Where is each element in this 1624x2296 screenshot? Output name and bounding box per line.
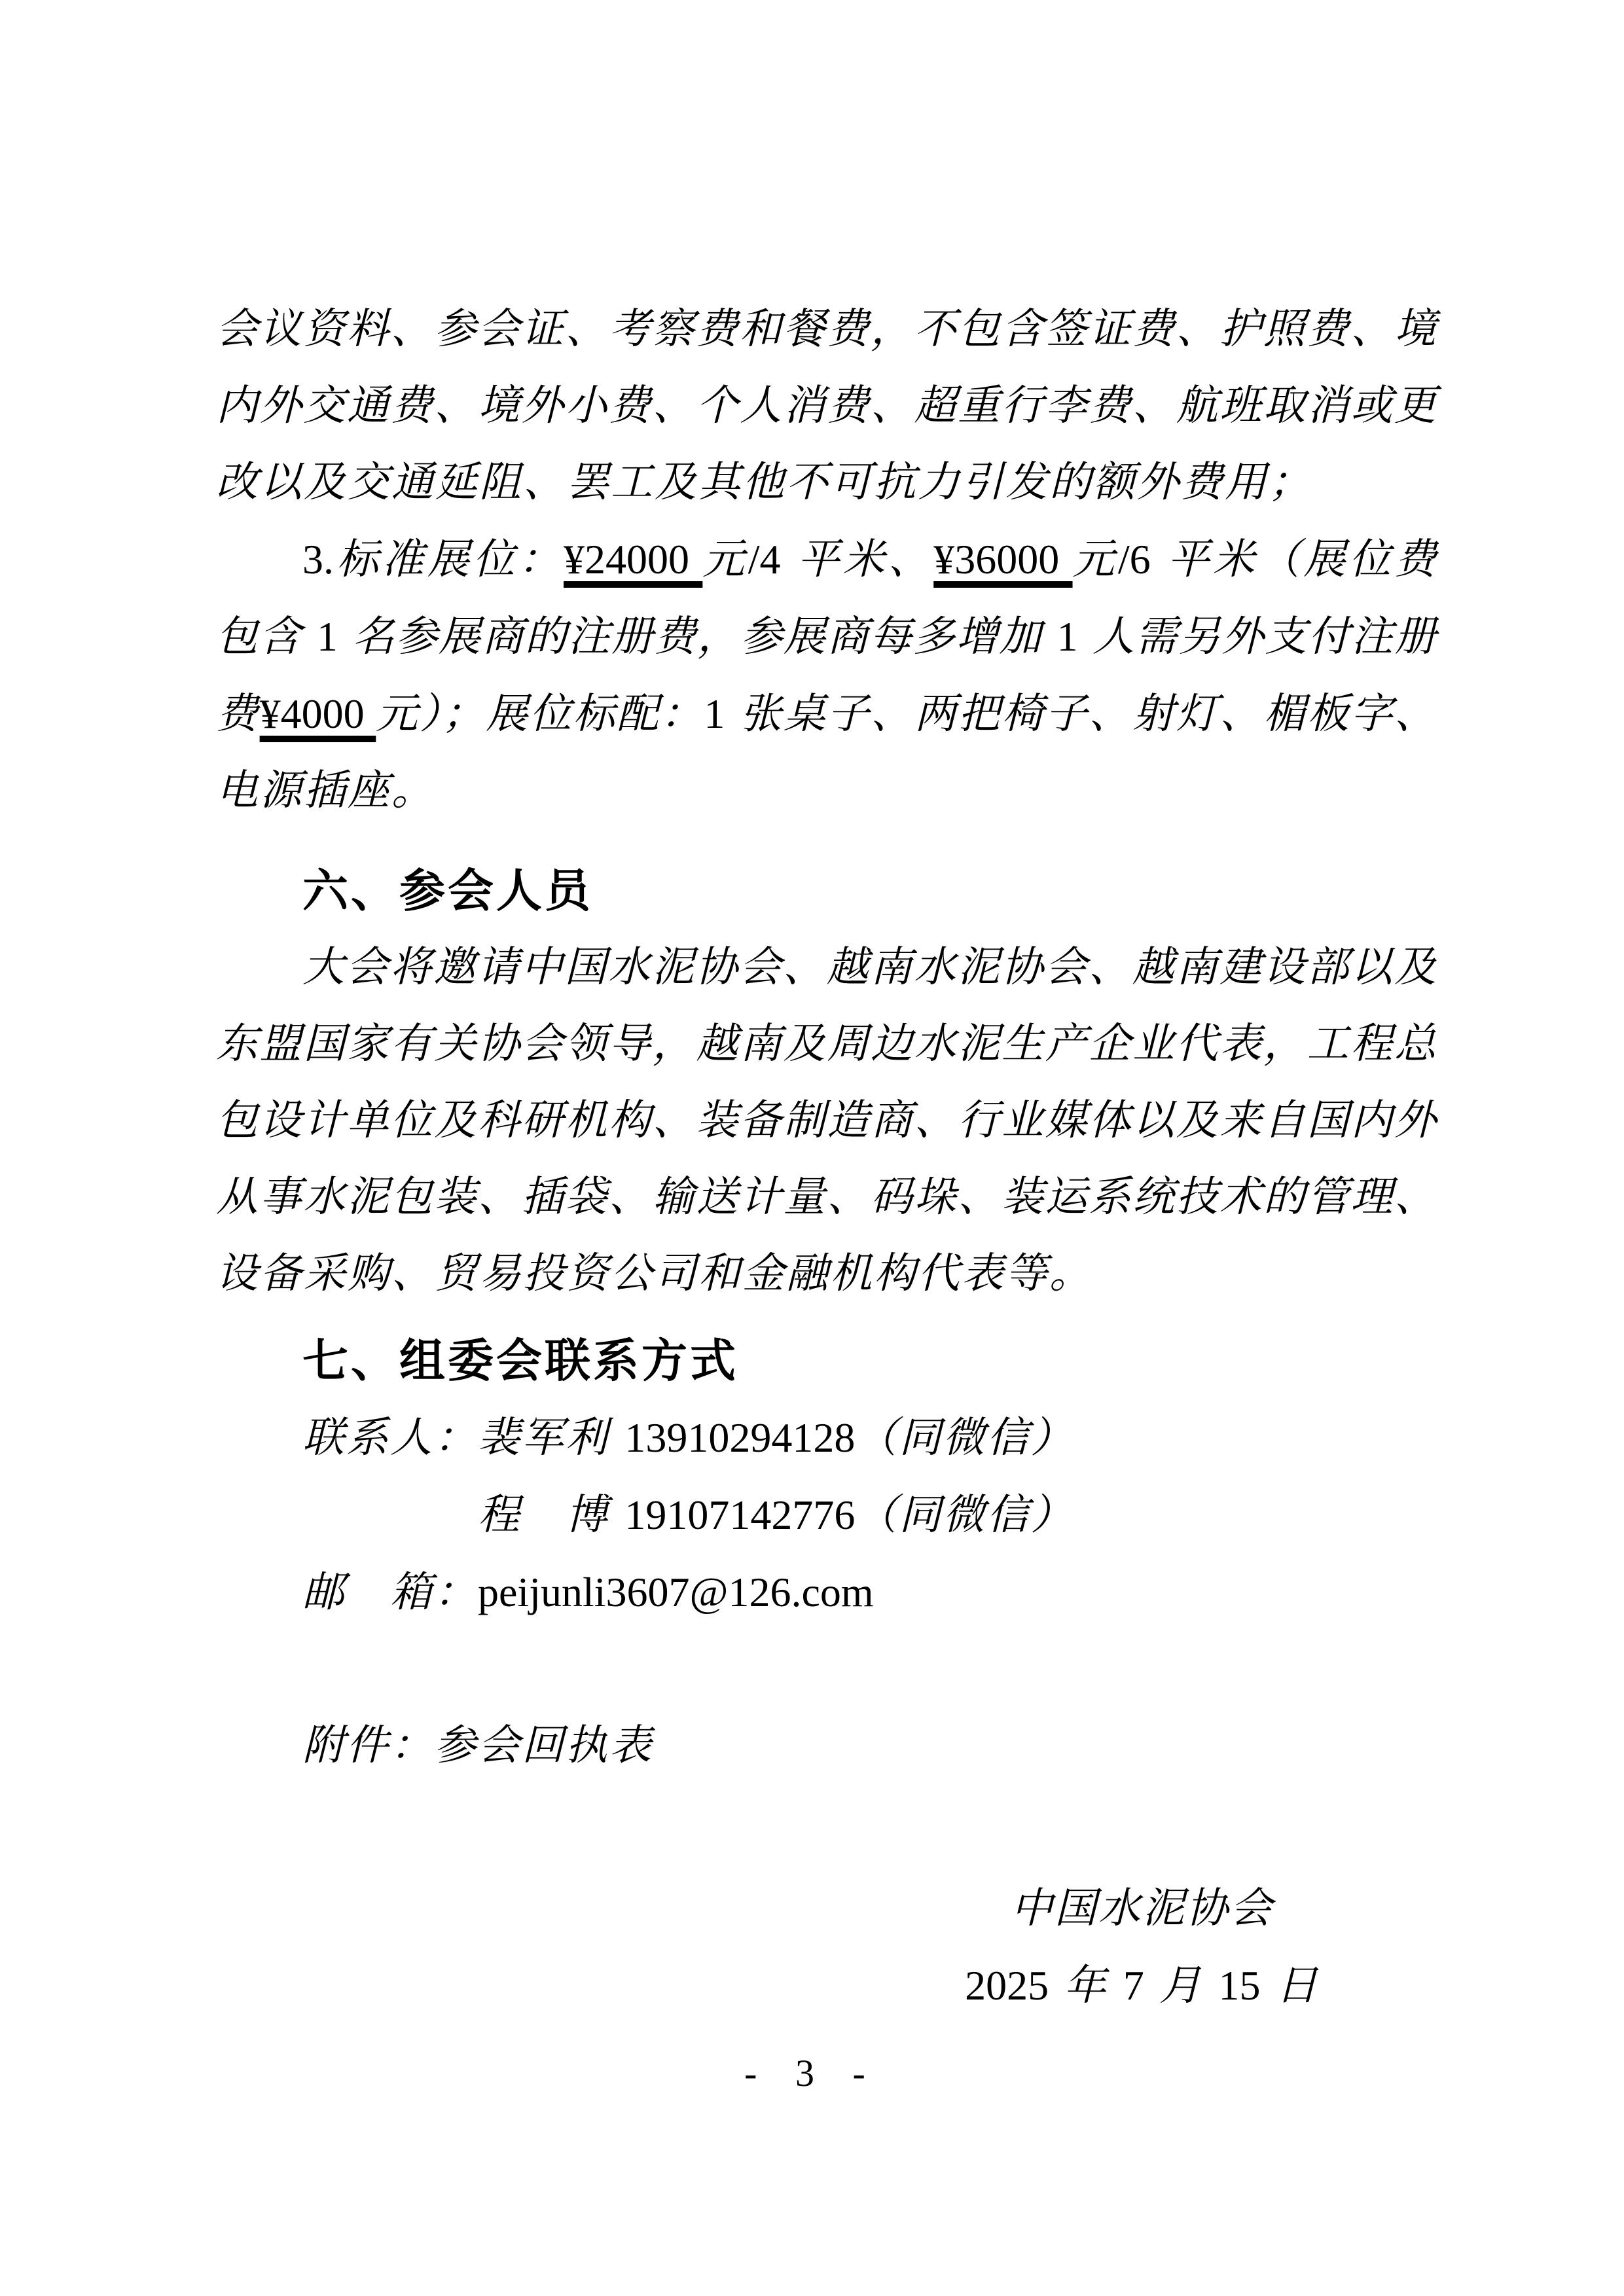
signature-date: 2025 年 7 月 15 日 <box>851 1947 1434 2024</box>
price-36000: ¥36000 <box>933 536 1072 583</box>
para3-line4: 从事水泥包装、插袋、输送计量、码垛、装运系统技术的管理、 <box>216 1159 1437 1236</box>
para1-line1: 会议资料、参会证、考察费和餐费，不包含签证费、护照费、境 <box>216 291 1437 368</box>
attachment-line: 附件：参会回执表 <box>216 1708 1437 1784</box>
para2-line1: 3.标准展位：¥24000 元/4 平米、¥36000 元/6 平米（展位费 <box>216 521 1437 598</box>
document-body: 会议资料、参会证、考察费和餐费，不包含签证费、护照费、境 内外交通费、境外小费、… <box>216 291 1437 1784</box>
document-page: 会议资料、参会证、考察费和餐费，不包含签证费、护照费、境 内外交通费、境外小费、… <box>0 0 1624 2296</box>
para3-line5: 设备采购、贸易投资公司和金融机构代表等。 <box>216 1236 1437 1312</box>
contact-line-2: 程 博 19107142776（同微信） <box>216 1477 1437 1554</box>
sqm-1: 平米、 <box>781 535 934 584</box>
yuan-1: 元 <box>702 535 748 584</box>
contact-line-1: 联系人：裴军利 13910294128（同微信） <box>216 1399 1437 1477</box>
contact-name-1: 裴军利 <box>478 1414 624 1462</box>
para1-line2: 内外交通费、境外小费、个人消费、超重行李费、航班取消或更 <box>216 368 1437 444</box>
para3-line3: 包设计单位及科研机构、装备制造商、行业媒体以及来自国内外 <box>216 1083 1437 1159</box>
price-24000: ¥24000 <box>564 536 702 583</box>
para1-line3: 改以及交通延阻、罢工及其他不可抗力引发的额外费用； <box>216 444 1437 521</box>
yuan-2: 元 <box>1073 535 1118 584</box>
page-number: - 3 - <box>0 2047 1624 2100</box>
per-6sqm: /6 <box>1118 536 1151 583</box>
contact-name-2: 程 博 <box>478 1491 624 1539</box>
contact-line-3: 邮 箱：peijunli3607@126.com <box>216 1554 1437 1631</box>
para3-line1: 大会将邀请中国水泥协会、越南水泥协会、越南建设部以及 <box>216 929 1437 1006</box>
phone-number-2: 19107142776 <box>624 1492 855 1538</box>
wechat-note-2: （同微信） <box>855 1491 1074 1539</box>
signature-block: 中国水泥协会 2025 年 7 月 15 日 <box>851 1871 1434 2024</box>
para2-line2: 包含 1 名参展商的注册费，参展商每多增加 1 人需另外支付注册 <box>216 598 1437 675</box>
para3-line2: 东盟国家有关协会领导，越南及周边水泥生产企业代表，工程总 <box>216 1006 1437 1083</box>
wechat-note-1: （同微信） <box>855 1414 1074 1462</box>
email-address: peijunli3607@126.com <box>478 1569 874 1615</box>
signature-org: 中国水泥协会 <box>851 1871 1434 1947</box>
list-number: 3. <box>302 536 334 583</box>
price-4000: ¥4000 <box>260 691 376 737</box>
per-4sqm: /4 <box>748 536 781 583</box>
contact-label: 联系人： <box>302 1414 478 1462</box>
section-heading-7: 七、组委会联系方式 <box>216 1323 1437 1399</box>
booth-label: 标准展位： <box>334 535 564 584</box>
phone-number-1: 13910294128 <box>624 1414 855 1461</box>
section-heading-6: 六、参会人员 <box>216 853 1437 929</box>
sqm-2: 平米（展位费 <box>1151 535 1437 584</box>
para2-line3: 费¥4000 元）；展位标配：1 张桌子、两把椅子、射灯、楣板字、 <box>216 675 1437 753</box>
para2-line4: 电源插座。 <box>216 753 1437 829</box>
email-label: 邮 箱： <box>302 1568 478 1617</box>
